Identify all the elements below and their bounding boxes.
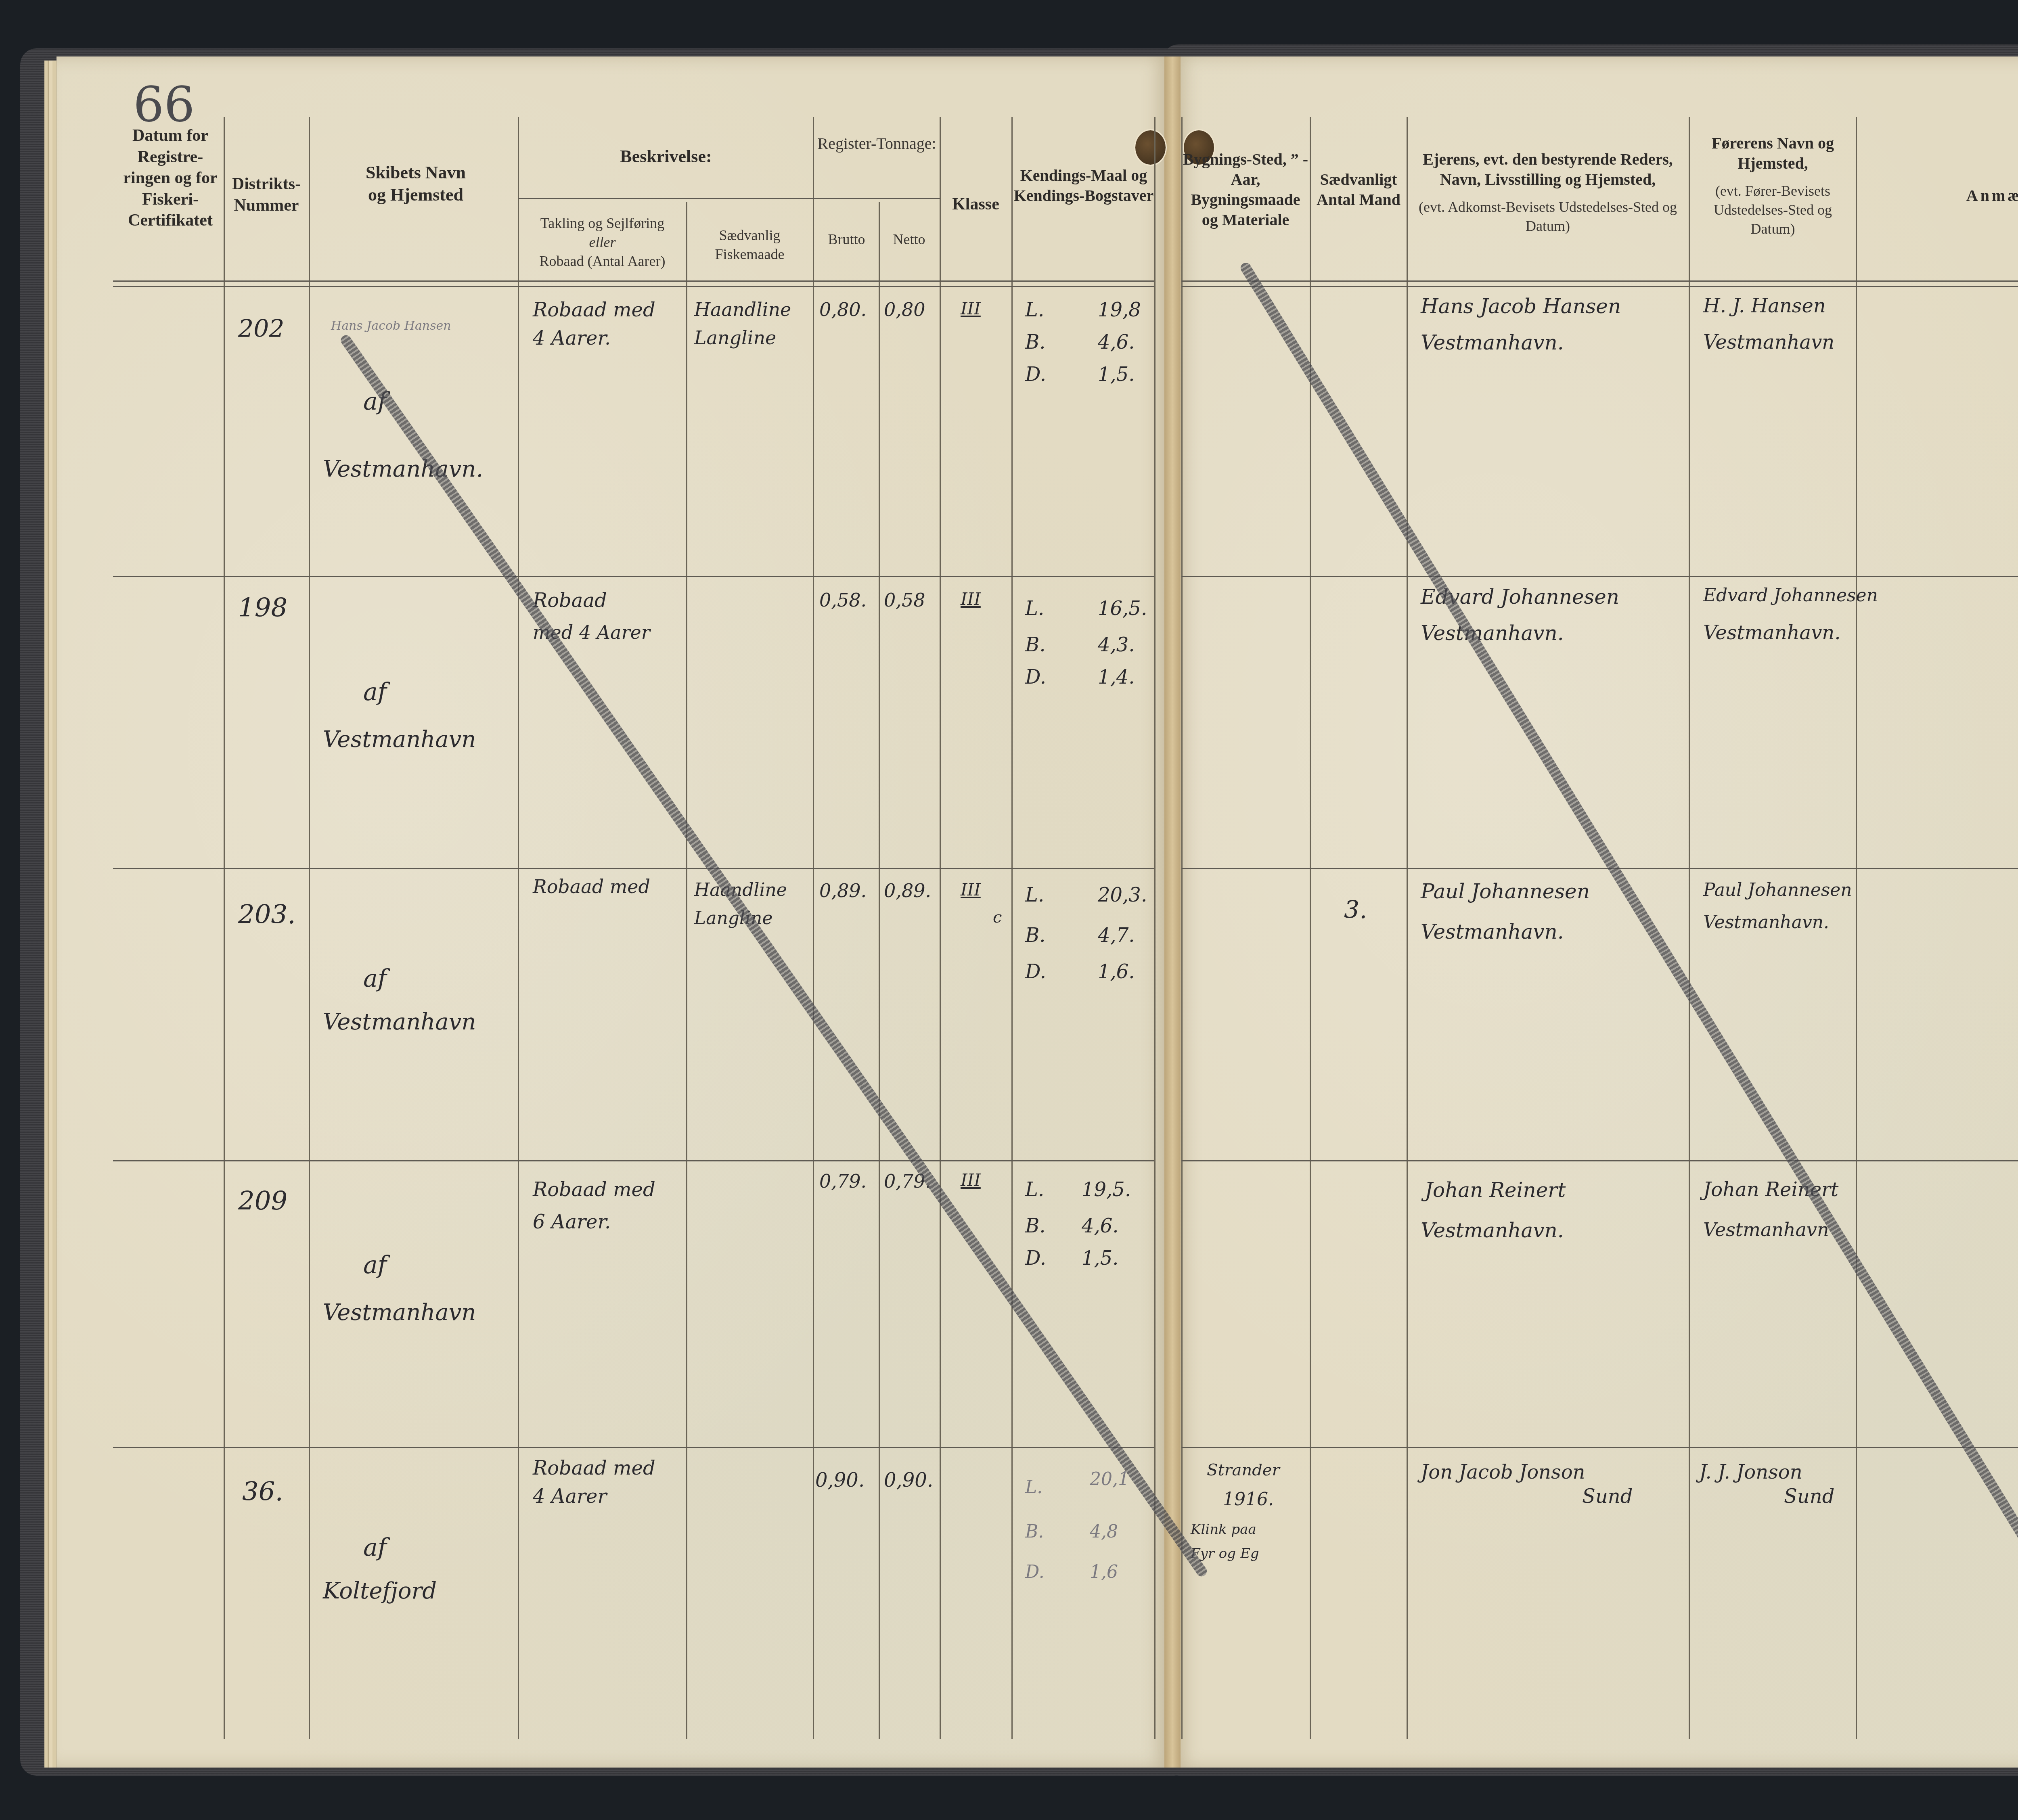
ejer-navn: Johan Reinert: [1425, 1178, 1566, 1202]
row-rule: [113, 576, 1154, 577]
distrikts-nummer: 203.: [238, 900, 296, 930]
col-rule: [1011, 117, 1013, 1739]
header-skibets-navn: Skibets Navn og Hjemsted: [355, 161, 476, 206]
ejer-hjemsted: Sund: [1582, 1485, 1633, 1508]
brutto: 0,90.: [815, 1469, 865, 1492]
hjemsted: Vestmanhavn: [323, 1009, 476, 1035]
kendings-B: 4,3.: [1098, 634, 1135, 656]
kendings-L-label: L.: [1025, 884, 1044, 906]
kendings-D: 1,4.: [1098, 666, 1135, 688]
ejer-hjemsted: Vestmanhavn.: [1421, 1219, 1564, 1242]
bygning-aar: 1916.: [1223, 1489, 1274, 1510]
hjemsted: Koltefjord: [323, 1578, 437, 1604]
takling: Robaad med: [533, 876, 650, 897]
fiskemaade: Haandline: [694, 299, 791, 320]
hjemsted: Vestmanhavn: [323, 1299, 476, 1326]
forer-hjemsted: Vestmanhavn: [1703, 331, 1834, 354]
brutto: 0,58.: [819, 589, 867, 611]
row-rule: [113, 1447, 1154, 1448]
antal-mand: 3.: [1344, 896, 1367, 924]
fiskemaade-2: Langline: [694, 327, 776, 349]
netto: 0,80: [884, 299, 925, 320]
header-brutto: Brutto: [815, 230, 878, 249]
kendings-B-label: B.: [1025, 1215, 1046, 1237]
col-rule: [1181, 117, 1183, 1739]
kendings-L-label: L.: [1025, 597, 1044, 620]
col-rule: [686, 202, 687, 1739]
forer-navn: H. J. Hansen: [1703, 295, 1826, 317]
sub-header-rule: [518, 198, 940, 199]
kendings-D-label: D.: [1025, 666, 1046, 688]
header-klasse: Klasse: [940, 194, 1011, 215]
header-register-tonnage: Register-Tonnage:: [815, 133, 938, 154]
page-number-left: 66: [133, 77, 195, 133]
hjemsted-af: af: [363, 964, 387, 993]
takling: Robaad med: [533, 1178, 655, 1201]
distrikts-nummer: 198: [238, 593, 287, 623]
takling: Robaad med: [533, 1457, 655, 1479]
kendings-L: 20,3.: [1098, 884, 1147, 906]
header-takling: Takling og Sejlføring eller Robaad (Anta…: [521, 214, 684, 270]
takling-aarer: 4 Aarer: [533, 1485, 607, 1508]
klasse: III: [961, 589, 981, 609]
kendings-B: 4,6.: [1098, 331, 1135, 354]
col-rule: [940, 117, 941, 1739]
header-beskrivelse: Beskrivelse:: [521, 145, 811, 167]
header-kendings: Kendings-Maal og Kendings-Bogstaver: [1013, 165, 1154, 206]
kendings-L-label: L.: [1025, 1477, 1042, 1498]
header-takling-eller: eller: [521, 233, 684, 252]
header-takling-robaad: Robaad (Antal Aarer): [521, 252, 684, 271]
header-forerens: Førerens Navn og Hjemsted,: [1691, 133, 1855, 174]
kendings-B-label: B.: [1025, 1521, 1044, 1542]
kendings-B: 4,7.: [1098, 924, 1135, 947]
netto: 0,89.: [884, 880, 931, 902]
ejer-navn: Paul Johannesen: [1421, 880, 1590, 903]
kendings-L: 19,8: [1098, 299, 1141, 321]
klasse-note: c: [993, 908, 1002, 927]
forer-navn: Paul Johannesen: [1703, 880, 1852, 900]
hjemsted-af: af: [363, 1251, 387, 1279]
fiskemaade-2: Langline: [694, 908, 772, 929]
kendings-L: 19,5.: [1082, 1178, 1131, 1201]
distrikts-nummer: 36.: [242, 1477, 283, 1507]
ship-name-pencil: Hans Jacob Hansen: [331, 319, 451, 333]
header-fiskemaade: Sædvanlig Fiskemaade: [688, 226, 811, 264]
forer-hjemsted: Vestmanhavn: [1703, 1219, 1829, 1241]
forer-navn: J. J. Jonson: [1699, 1461, 1802, 1483]
netto: 0,58: [884, 589, 925, 611]
kendings-L: 16,5.: [1098, 597, 1147, 620]
takling-aarer: 6 Aarer.: [533, 1211, 611, 1233]
kendings-L-label: L.: [1025, 299, 1044, 321]
hjemsted: Vestmanhavn.: [323, 456, 483, 482]
header-anmaerkninger: Anmærkninger: [1857, 186, 2018, 206]
header-takling-line1: Takling og Sejlføring: [521, 214, 684, 233]
forer-hjemsted: Sund: [1784, 1485, 1834, 1508]
kendings-B-label: B.: [1025, 924, 1046, 947]
takling-aarer: 4 Aarer.: [533, 327, 611, 349]
row-rule: [1181, 868, 2018, 869]
header-netto: Netto: [880, 230, 938, 249]
kendings-B-label: B.: [1025, 331, 1046, 354]
forer-hjemsted: Vestmanhavn.: [1703, 912, 1829, 933]
brutto: 0,80.: [819, 299, 867, 320]
col-rule: [518, 117, 519, 1739]
row-rule: [1181, 1447, 2018, 1448]
kendings-D: 1,5.: [1098, 363, 1135, 386]
row-rule: [113, 868, 1154, 869]
ejer-navn: Hans Jacob Hansen: [1421, 295, 1621, 318]
header-distrikts-nummer: Distrikts-Nummer: [226, 174, 307, 216]
header-rule-right: [1181, 280, 2018, 287]
col-rule: [879, 202, 880, 1739]
bygning-sted: Strander: [1207, 1461, 1280, 1479]
forer-hjemsted: Vestmanhavn.: [1703, 621, 1840, 644]
col-rule: [1407, 117, 1408, 1739]
hjemsted: Vestmanhavn: [323, 726, 476, 753]
row-rule: [113, 1160, 1154, 1161]
col-rule: [1856, 117, 1857, 1739]
kendings-D: 1,6: [1090, 1562, 1118, 1582]
distrikts-nummer: 209: [238, 1186, 287, 1216]
col-rule: [1310, 117, 1311, 1739]
header-forerens-sub: (evt. Fører-Bevisets Udstedelses-Sted og…: [1691, 182, 1855, 238]
kendings-D-label: D.: [1025, 363, 1046, 386]
kendings-B: 4,8: [1090, 1521, 1118, 1542]
ejer-navn: Jon Jacob Jonson: [1421, 1461, 1585, 1483]
kendings-D-label: D.: [1025, 1247, 1046, 1270]
header-antal-mand: Sædvanligt Antal Mand: [1312, 169, 1405, 210]
binding-hole-left: [1134, 129, 1167, 166]
takling: Robaad med: [533, 299, 655, 321]
ejer-hjemsted: Vestmanhavn.: [1421, 621, 1564, 645]
brutto: 0,79.: [819, 1170, 867, 1192]
col-rule: [309, 117, 310, 1739]
kendings-L-label: L.: [1025, 1178, 1044, 1201]
hjemsted-af: af: [363, 1533, 387, 1562]
col-rule: [224, 117, 225, 1739]
brutto: 0,89.: [819, 880, 867, 902]
row-rule: [1181, 1160, 2018, 1161]
fiskemaade: Haandline: [694, 880, 787, 900]
kendings-L: 20,1: [1090, 1469, 1129, 1489]
header-rule-left: [113, 280, 1154, 287]
header-ejerens-sub: (evt. Adkomst-Bevisets Udstedelses-Sted …: [1409, 198, 1687, 236]
bygning-maade: Klink paa: [1191, 1521, 1256, 1538]
klasse: III: [961, 299, 981, 318]
netto: 0,90.: [884, 1469, 933, 1492]
forer-navn: Edvard Johannesen: [1703, 585, 1878, 606]
kendings-B: 4,6.: [1082, 1215, 1119, 1237]
bygning-materiale: Fyr og Eg: [1191, 1546, 1259, 1562]
row-rule: [1181, 576, 2018, 577]
kendings-D: 1,6.: [1098, 960, 1135, 983]
kendings-B-label: B.: [1025, 634, 1046, 656]
kendings-D-label: D.: [1025, 1562, 1045, 1582]
col-rule: [1689, 117, 1690, 1739]
kendings-D: 1,5.: [1082, 1247, 1119, 1270]
takling: Robaad: [533, 589, 607, 612]
col-rule: [813, 117, 814, 1739]
ejer-hjemsted: Vestmanhavn.: [1421, 920, 1564, 943]
ejer-hjemsted: Vestmanhavn.: [1421, 331, 1564, 354]
header-datum: Datum for Registre-ringen og for Fiskeri…: [117, 125, 224, 231]
book-gutter: [1164, 56, 1181, 1768]
distrikts-nummer: 202: [238, 315, 285, 343]
klasse: III: [961, 880, 981, 900]
header-ejerens: Ejerens, evt. den bestyrende Reders, Nav…: [1409, 149, 1687, 190]
header-bygnings: Bygnings-Sted, ” -Aar, Bygningsmaade og …: [1183, 149, 1308, 230]
kendings-D-label: D.: [1025, 960, 1046, 983]
klasse: III: [961, 1170, 981, 1190]
hjemsted-af: af: [363, 678, 387, 706]
